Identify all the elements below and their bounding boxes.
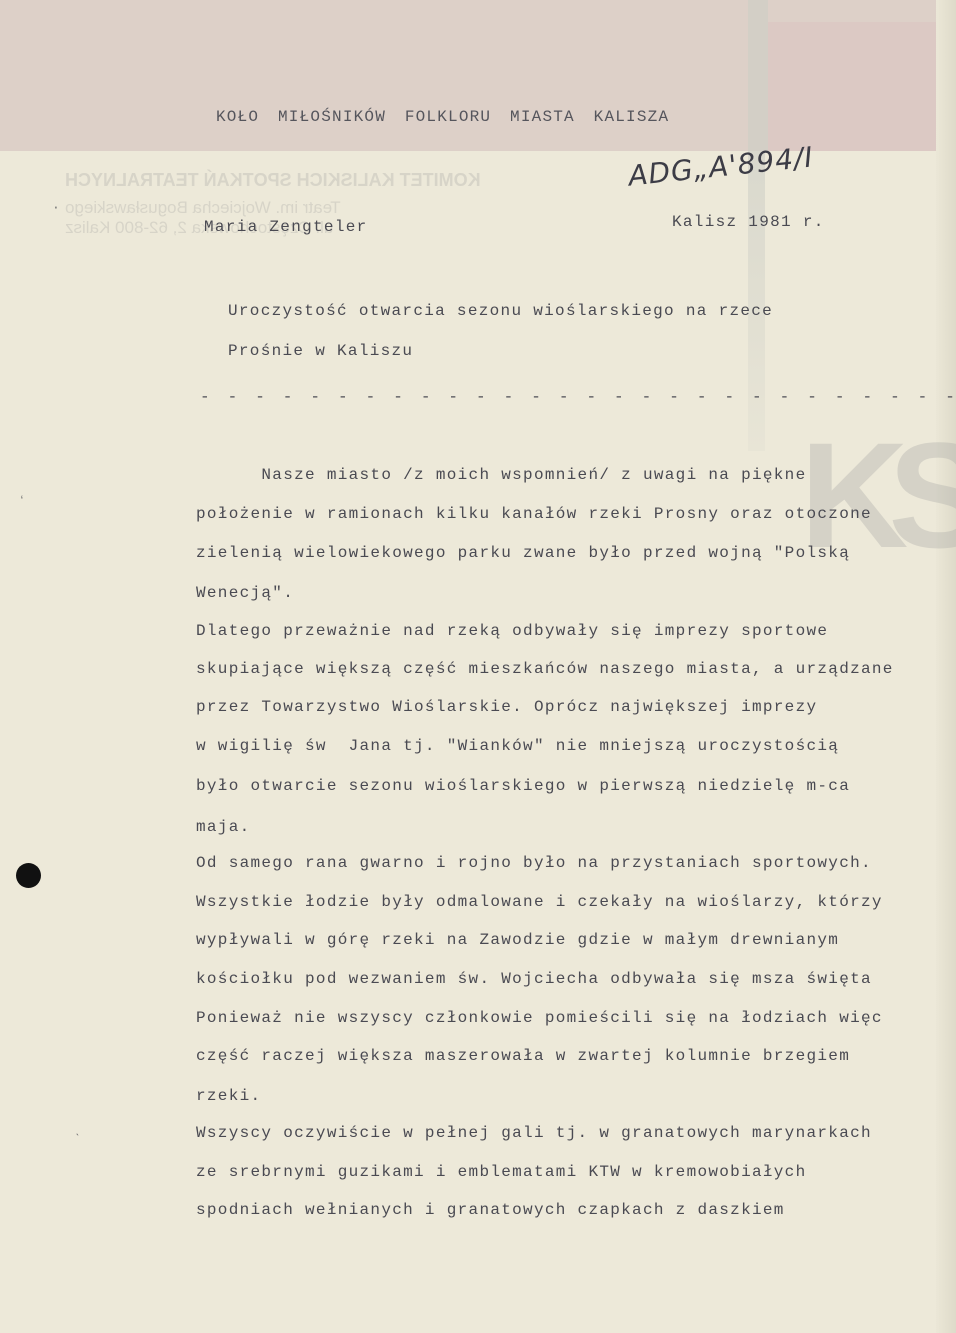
body-line: ze srebrnymi guzikami i emblematami KTW … bbox=[196, 1163, 807, 1181]
margin-mark: ˋ bbox=[74, 1132, 82, 1147]
body-line: Od samego rana gwarno i rojno było na pr… bbox=[196, 854, 872, 872]
body-line: Wenecją". bbox=[196, 584, 294, 602]
body-line: Wszyscy oczywiście w pełnej gali tj. w g… bbox=[196, 1124, 872, 1142]
body-line: przez Towarzystwo Wioślarskie. Oprócz na… bbox=[196, 698, 817, 716]
place-date: Kalisz 1981 r. bbox=[672, 213, 825, 231]
body-line: rzeki. bbox=[196, 1087, 261, 1105]
margin-mark: ʻ bbox=[18, 494, 26, 509]
scan-vertical-strip bbox=[748, 151, 765, 451]
bleed-through-header-2: Teatr im. Wojciecha Bogusławskiego bbox=[65, 198, 341, 218]
document-title-line-1: Uroczystość otwarcia sezonu wioślarskieg… bbox=[228, 302, 773, 320]
body-line: skupiające większą część mieszkańców nas… bbox=[196, 660, 894, 678]
scan-top-band-patch bbox=[768, 22, 936, 151]
author-name: Maria Zengteler bbox=[204, 218, 368, 236]
separator-dashes: - - - - - - - - - - - - - - - - - - - - … bbox=[200, 388, 956, 406]
body-line: spodniach wełnianych i granatowych czapk… bbox=[196, 1201, 785, 1219]
body-line: Wszystkie łodzie były odmalowane i czeka… bbox=[196, 893, 883, 911]
body-line: Ponieważ nie wszyscy członkowie pomieści… bbox=[196, 1009, 883, 1027]
body-line: część raczej większa maszerowała w zwart… bbox=[196, 1047, 850, 1065]
organization-header: KOŁO MIŁOŚNIKÓW FOLKLORU MIASTA KALISZA bbox=[216, 108, 669, 126]
scan-vertical-strip-top bbox=[748, 0, 768, 151]
body-line: położenie w ramionach kilku kanałów rzek… bbox=[196, 505, 872, 523]
margin-mark: · bbox=[52, 200, 60, 215]
body-line: wypływali w górę rzeki na Zawodzie gdzie… bbox=[196, 931, 839, 949]
document-title-line-2: Prośnie w Kaliszu bbox=[228, 342, 413, 360]
body-line: zielenią wielowiekowego parku zwane było… bbox=[196, 544, 850, 562]
body-line: Nasze miasto /z moich wspomnień/ z uwagi… bbox=[196, 466, 807, 484]
page-right-edge bbox=[936, 0, 956, 1333]
body-line: kościołku pod wezwaniem św. Wojciecha od… bbox=[196, 970, 872, 988]
body-line: w wigilię św Jana tj. "Wianków" nie mnie… bbox=[196, 737, 839, 755]
body-line: maja. bbox=[196, 818, 251, 836]
punch-hole bbox=[16, 863, 41, 888]
body-line: Dlatego przeważnie nad rzeką odbywały si… bbox=[196, 622, 828, 640]
bleed-through-header-1: KOMITET KALISKICH SPOTKAŃ TEATRALNYCH bbox=[65, 170, 481, 191]
body-line: było otwarcie sezonu wioślarskiego w pie… bbox=[196, 777, 850, 795]
